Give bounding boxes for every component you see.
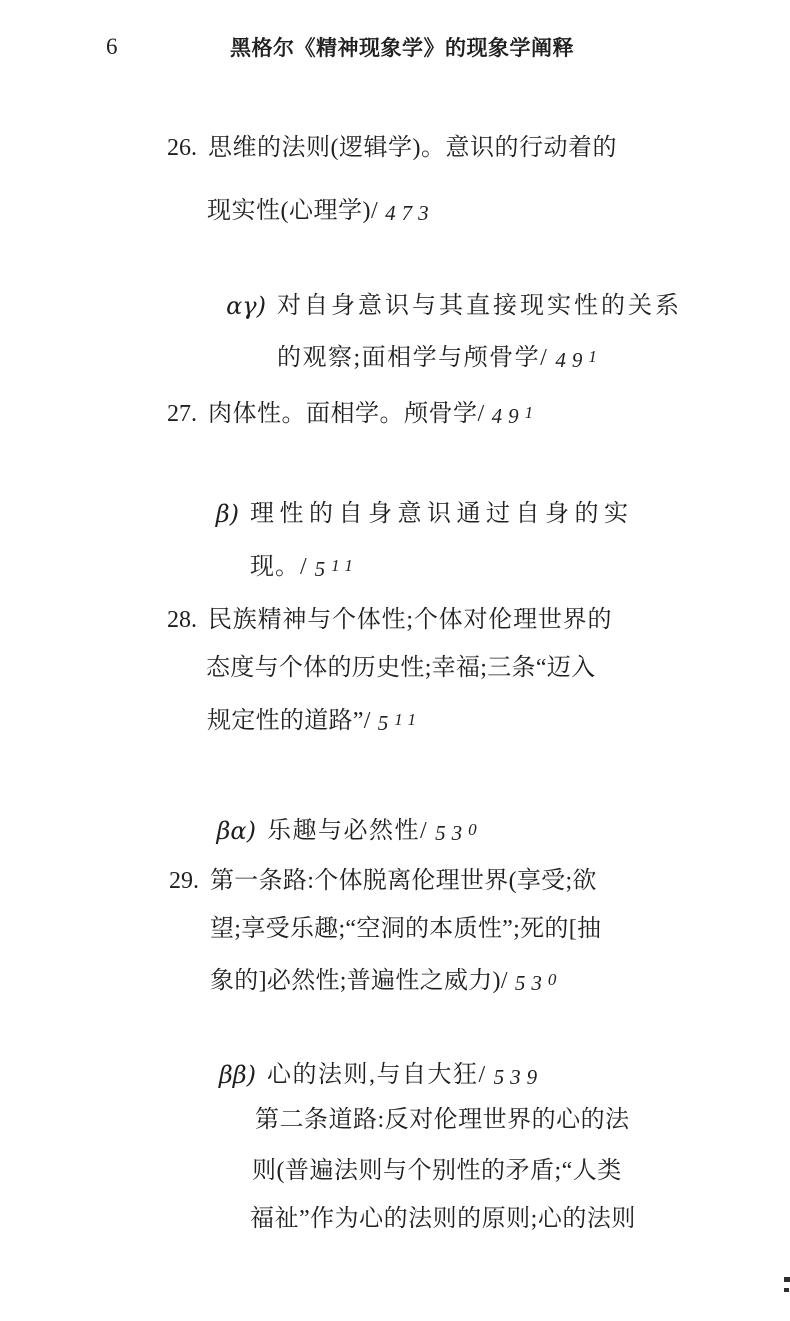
toc-line: 第二条道路:反对伦理世界的心的法 [255, 1105, 637, 1135]
toc-line: 28.民族精神与个体性;个体对伦理世界的 [208, 605, 619, 635]
toc-line-text: 肉体性。面相学。颅骨学/ [208, 401, 485, 427]
toc-line-text: 福祉”作为心的法则的原则;心的法则 [250, 1206, 636, 1232]
page-ref: 539 [494, 1063, 544, 1087]
toc-line: αγ)对自身意识与其直接现实性的关系 [277, 291, 689, 321]
toc-line-text: 象的]必然性;普遍性之威力)/ [210, 968, 508, 994]
toc-line: 福祉”作为心的法则的原则;心的法则 [250, 1204, 643, 1234]
toc-line-text: 现。/ [250, 554, 308, 580]
toc-line-text: 对自身意识与其直接现实性的关系 [277, 293, 682, 319]
toc-line-text: 态度与个体的历史性;幸福;三条“迈入 [206, 655, 595, 681]
page-ref: 473 [385, 199, 435, 223]
toc-line-text: 心的法则,与自大狂/ [267, 1062, 487, 1088]
toc-line-text: 第二条道路:反对伦理世界的心的法 [255, 1107, 630, 1133]
entry-number: 28. [167, 605, 197, 635]
toc-line-text: 的观察;面相学与颅骨学/ [277, 345, 548, 371]
entry-number: 26. [167, 133, 197, 163]
toc-line: 则(普遍法则与个别性的矛盾;“人类 [252, 1156, 629, 1186]
entry-number: 29. [169, 866, 199, 896]
toc-line-text: 乐趣与必然性/ [267, 818, 428, 844]
toc-line: β)理性的自身意识通过自身的实 [250, 499, 641, 529]
page-ref: 491 [555, 346, 603, 370]
toc-line: 望;享受乐趣;“空洞的本质性”;死的[抽 [210, 914, 608, 944]
book-page: 6 黑格尔《精神现象学》的现象学阐释 26.思维的法则(逻辑学)。意识的行动着的… [0, 0, 790, 1321]
toc-line-text: 民族精神与个体性;个体对伦理世界的 [208, 607, 612, 633]
toc-line-text: 现实性(心理学)/ [207, 198, 378, 224]
toc-line: 27.肉体性。面相学。颅骨学/491 [208, 399, 539, 429]
toc-line-text: 规定性的道路”/ [207, 708, 371, 734]
entry-marker-greek: βα) [217, 816, 256, 846]
page-ref: 530 [435, 819, 483, 843]
entry-marker-greek: αγ) [226, 291, 266, 321]
entry-marker-greek: β) [216, 499, 239, 529]
page-number: 6 [106, 34, 118, 60]
toc-line: 29.第一条路:个体脱离伦理世界(享受;欲 [210, 866, 604, 896]
page-ref: 511 [378, 709, 422, 733]
toc-line-text: 思维的法则(逻辑学)。意识的行动着的 [208, 135, 617, 161]
toc-line: 现。/511 [250, 552, 359, 582]
toc-line-text: 望;享受乐趣;“空洞的本质性”;死的[抽 [210, 916, 601, 942]
toc-line: 规定性的道路”/511 [207, 706, 422, 736]
toc-line: 态度与个体的历史性;幸福;三条“迈入 [206, 653, 602, 683]
page-ref: 491 [492, 402, 540, 426]
toc-line: 现实性(心理学)/473 [207, 196, 435, 226]
page-ref: 530 [515, 969, 563, 993]
toc-line: ββ)心的法则,与自大狂/539 [267, 1060, 543, 1090]
entry-marker-greek: ββ) [219, 1060, 256, 1090]
toc-line: 象的]必然性;普遍性之威力)/530 [210, 966, 562, 996]
page-ref: 511 [315, 555, 359, 579]
toc-line: βα)乐趣与必然性/530 [267, 816, 483, 846]
toc-line-text: 理性的自身意识通过自身的实 [250, 501, 634, 527]
toc-line: 的观察;面相学与颅骨学/491 [277, 343, 603, 373]
entry-number: 27. [167, 399, 197, 429]
toc-line: 26.思维的法则(逻辑学)。意识的行动着的 [208, 133, 624, 163]
scan-artifact [784, 1277, 790, 1282]
running-head-title: 黑格尔《精神现象学》的现象学阐释 [230, 32, 574, 62]
toc-line-text: 则(普遍法则与个别性的矛盾;“人类 [252, 1158, 622, 1184]
toc-line-text: 第一条路:个体脱离伦理世界(享受;欲 [210, 868, 597, 894]
scan-artifact [784, 1288, 789, 1292]
